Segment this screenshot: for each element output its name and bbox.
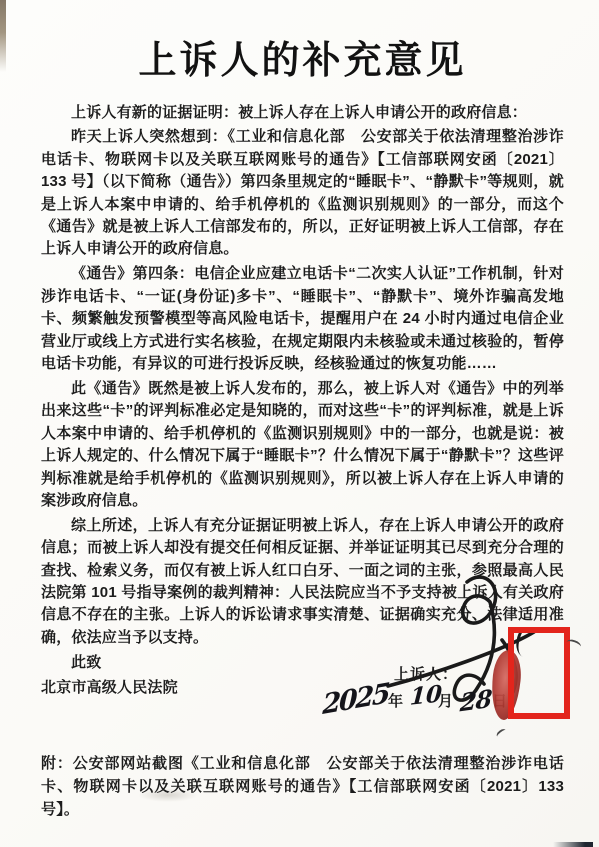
scan-edge-left: [0, 0, 6, 72]
paragraph-1: 上诉人有新的证据证明：被上诉人存在上诉人申请公开的政府信息：: [41, 102, 564, 124]
paragraph-5: 综上所述，上诉人有充分证据证明被上诉人，存在上诉人申请公开的政府信息；而被上诉人…: [41, 515, 564, 649]
paragraph-2: 昨天上诉人突然想到：《工业和信息化部 公安部关于依法清理整治涉诈电话卡、物联网卡…: [41, 126, 564, 260]
page-title: 上诉人的补充意见: [41, 38, 564, 86]
scanned-document-page: 上诉人的补充意见 上诉人有新的证据证明：被上诉人存在上诉人申请公开的政府信息： …: [0, 0, 599, 847]
scan-edge-right: [589, 612, 599, 847]
closing-salute: 此致: [41, 652, 564, 674]
document-body: 上诉人有新的证据证明：被上诉人存在上诉人申请公开的政府信息： 昨天上诉人突然想到…: [41, 102, 564, 700]
pen-mark: [495, 727, 508, 739]
closing-court: 北京市高级人民法院: [41, 677, 564, 699]
paragraph-4: 此《通告》既然是被上诉人发布的，那么，被上诉人对《通告》中的列举出来这些“卡”的…: [41, 378, 564, 512]
pen-mark: [565, 638, 582, 651]
scan-edge-bottom: [553, 842, 593, 847]
paragraph-3: 《通告》第四条：电信企业应建立电话卡“二次实人认证”工作机制，针对涉诈电话卡、“…: [41, 263, 564, 375]
document-content: 上诉人的补充意见 上诉人有新的证据证明：被上诉人存在上诉人申请公开的政府信息： …: [41, 38, 564, 702]
attachment-note: 附：公安部网站截图《工业和信息化部 公安部关于依法清理整治涉诈电话卡、物联网卡以…: [41, 752, 564, 821]
